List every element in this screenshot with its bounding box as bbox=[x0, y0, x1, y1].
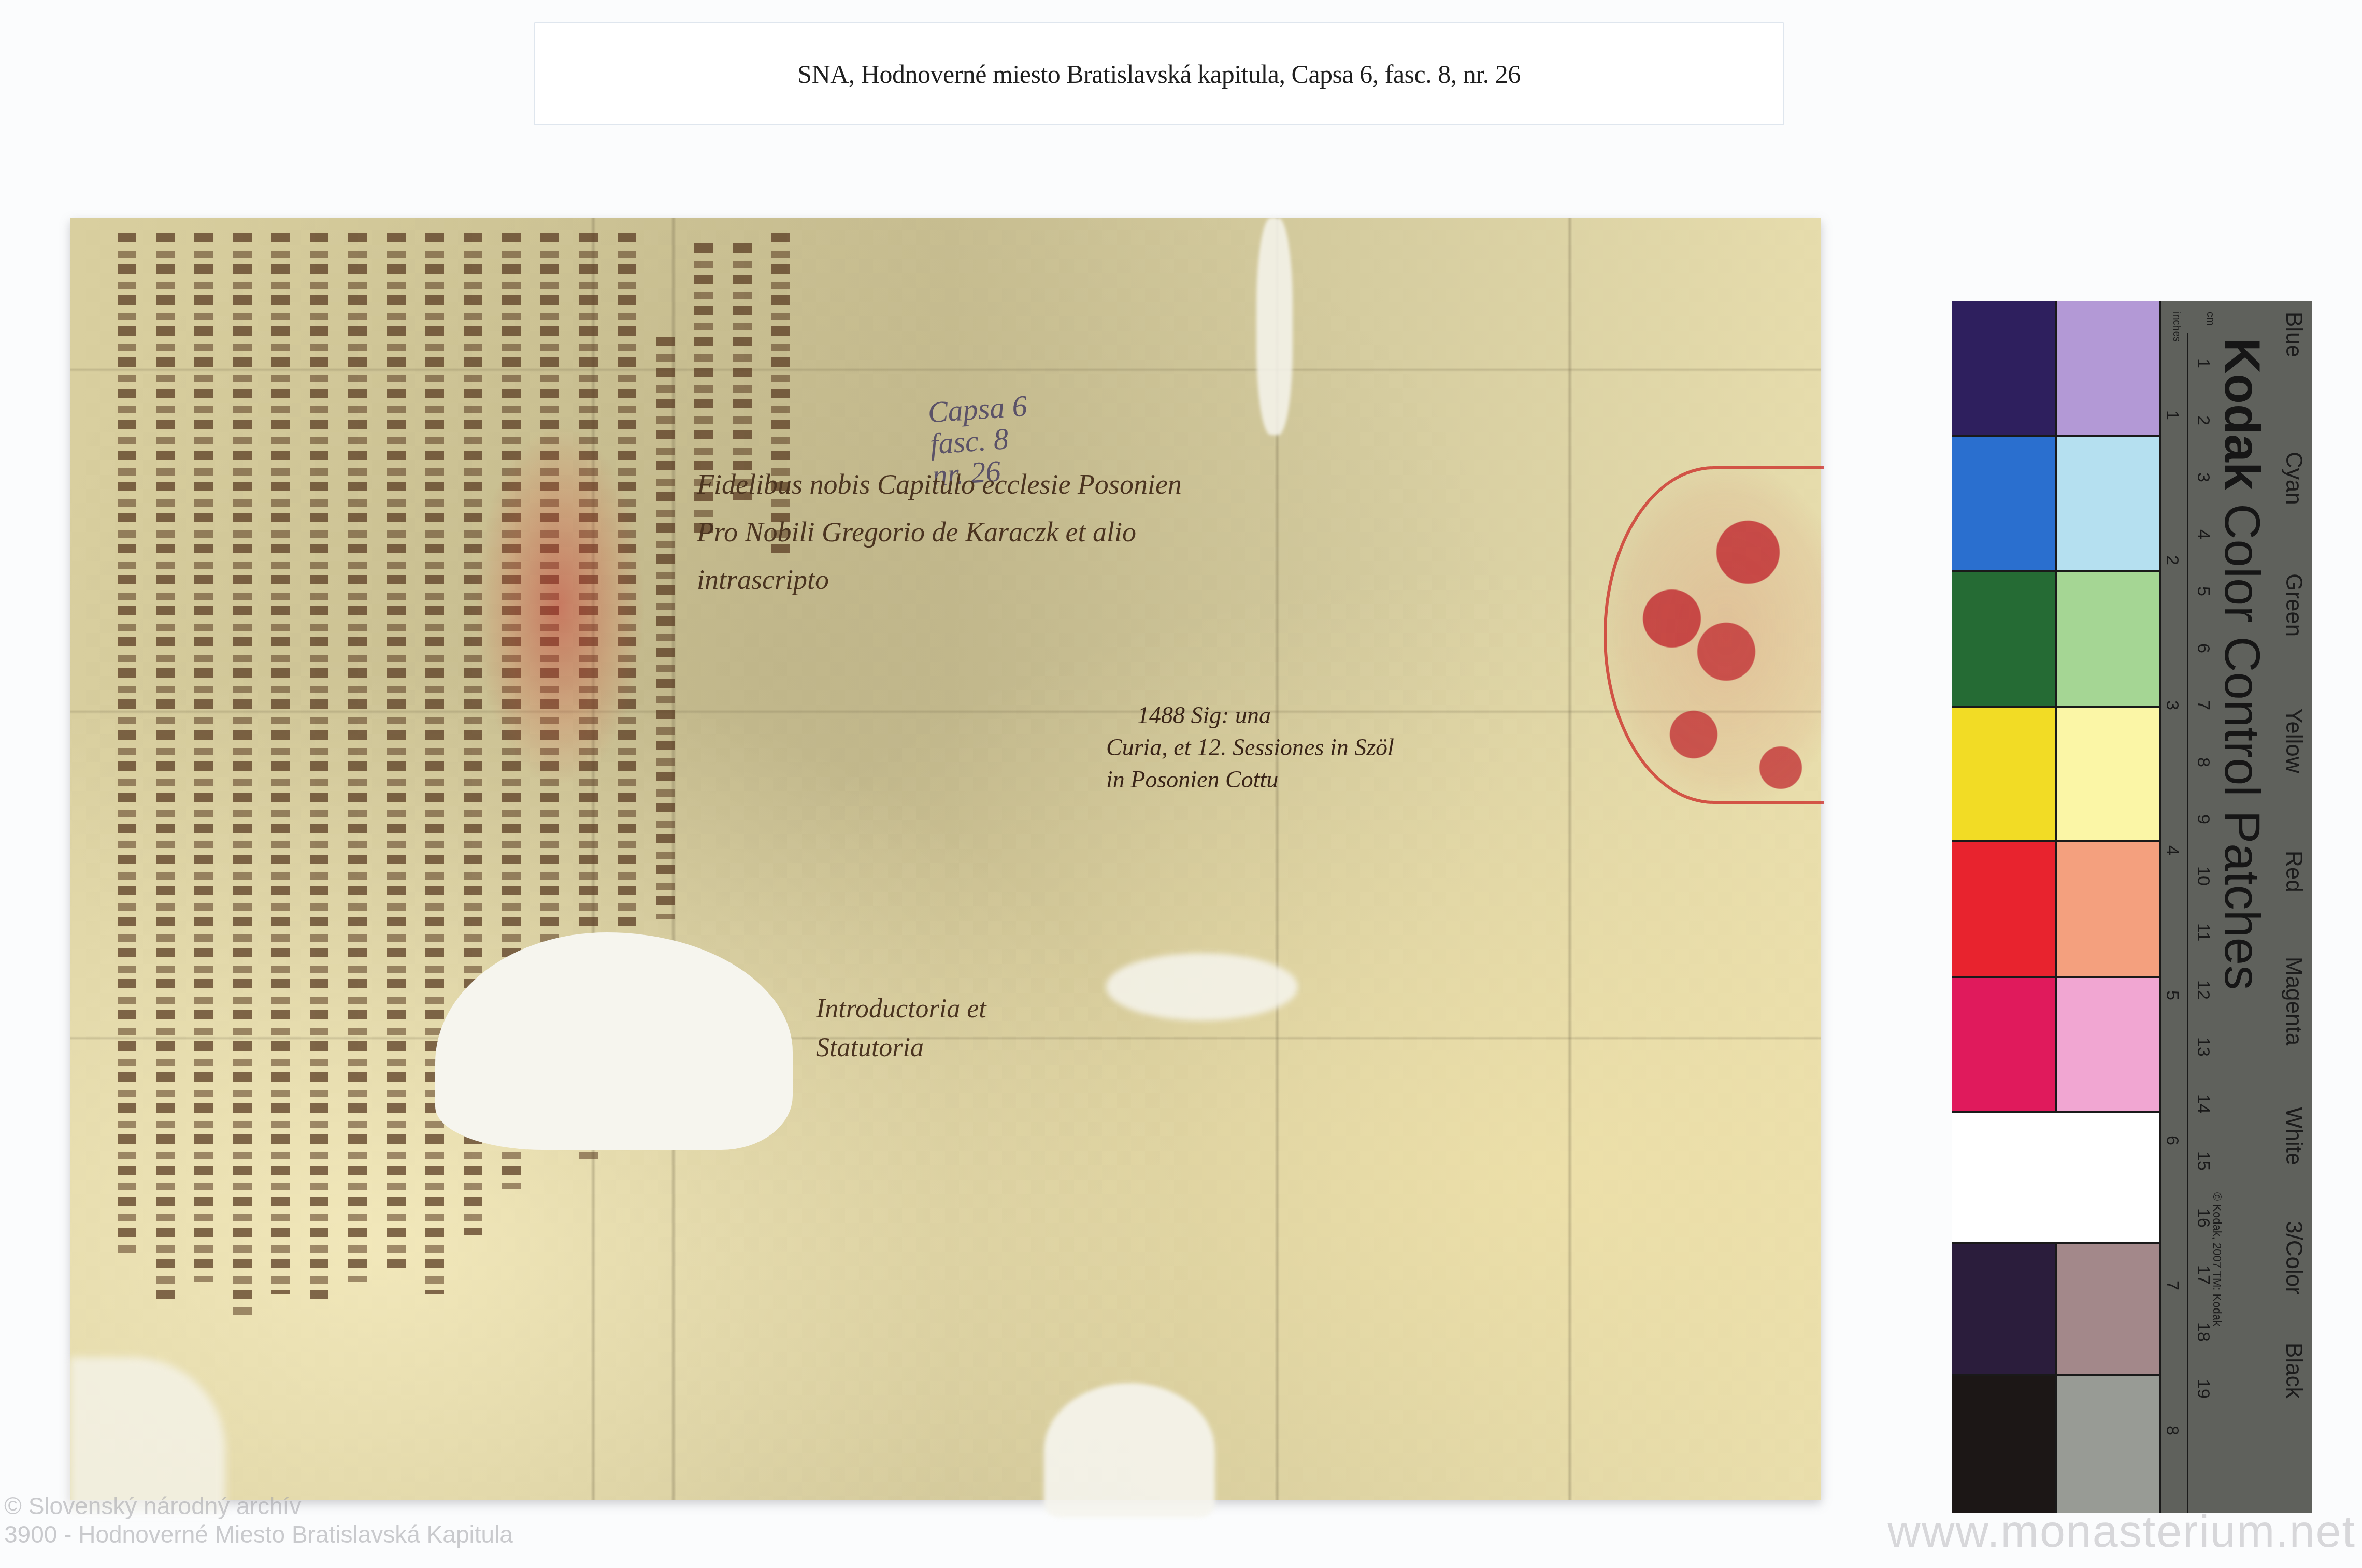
patch-3color-dark bbox=[1952, 1244, 2057, 1374]
patch-row-yellow bbox=[1952, 708, 2159, 842]
label-red: Red bbox=[2281, 851, 2307, 893]
document-type-note: Introductoria et Statutoria bbox=[816, 989, 986, 1068]
script-line bbox=[111, 233, 141, 1259]
script-line bbox=[150, 233, 180, 1305]
kodak-title: Kodak Color Control Patches bbox=[2213, 338, 2270, 990]
label-yellow: Yellow bbox=[2281, 708, 2307, 773]
script-line bbox=[227, 233, 257, 1317]
vertical-fold bbox=[1567, 218, 1572, 1500]
patch-row-3color bbox=[1952, 1244, 2159, 1376]
parchment-document: Capsa 6 fasc. 8 nr. 26 Fidelibus nobis C… bbox=[70, 218, 1821, 1500]
script-line bbox=[342, 233, 372, 1282]
label-cyan: Cyan bbox=[2281, 452, 2307, 505]
patch-red-dark bbox=[1952, 842, 2057, 976]
script-line bbox=[188, 233, 218, 1282]
damage-hole bbox=[1106, 953, 1298, 1020]
color-patches bbox=[1952, 301, 2161, 1513]
copyright-watermark: © Slovenský národný archív bbox=[4, 1492, 513, 1520]
patch-row-cyan bbox=[1952, 437, 2159, 572]
label-green: Green bbox=[2281, 573, 2307, 637]
script-line bbox=[650, 337, 680, 919]
patch-magenta-light bbox=[2057, 978, 2159, 1111]
patch-yellow-dark bbox=[1952, 708, 2057, 840]
ruler-ticks: 1 2 3 4 5 6 7 8 9 10 11 12 13 14 15 16 1… bbox=[2161, 333, 2213, 1513]
patch-green-light bbox=[2057, 572, 2159, 706]
label-blue: Blue bbox=[2281, 312, 2307, 357]
script-line bbox=[304, 233, 334, 1305]
script-line bbox=[419, 233, 449, 1294]
patch-row-green bbox=[1952, 572, 2159, 708]
label-white: White bbox=[2281, 1107, 2307, 1165]
address-note: Fidelibus nobis Capitulo ecclesie Posoni… bbox=[697, 461, 1182, 603]
patch-blue-light bbox=[2057, 301, 2159, 435]
label-3color: 3/Color bbox=[2281, 1221, 2307, 1294]
patch-row-red bbox=[1952, 842, 2159, 978]
archive-label-text: SNA, Hodnoverné miesto Bratislavská kapi… bbox=[797, 59, 1520, 89]
patch-gray bbox=[2057, 1376, 2159, 1513]
patch-cyan-dark bbox=[1952, 437, 2057, 570]
patch-yellow-light bbox=[2057, 708, 2159, 840]
ruler-rotated-content: Kodak Color Control Patches Blue Cyan Gr… bbox=[2161, 301, 2312, 1513]
red-wax-seal bbox=[1604, 466, 1824, 804]
label-magenta: Magenta bbox=[2281, 957, 2307, 1045]
patch-black bbox=[1952, 1376, 2057, 1513]
patch-red-light bbox=[2057, 842, 2159, 976]
patch-row-blue bbox=[1952, 301, 2159, 437]
patch-green-dark bbox=[1952, 572, 2057, 706]
main-text-columns bbox=[101, 233, 795, 1399]
script-line bbox=[381, 233, 411, 1271]
ruler-panel: Kodak Color Control Patches Blue Cyan Gr… bbox=[2161, 301, 2312, 1513]
label-black: Black bbox=[2281, 1343, 2307, 1399]
damage-hole bbox=[1044, 1383, 1215, 1518]
patch-magenta-dark bbox=[1952, 978, 2057, 1111]
script-line bbox=[265, 233, 295, 1294]
patch-3color-light bbox=[2057, 1244, 2159, 1374]
cm-unit-label: cm bbox=[2204, 312, 2216, 326]
patch-row-black bbox=[1952, 1376, 2159, 1513]
site-watermark: www.monasterium.net bbox=[1887, 1505, 2356, 1558]
patch-cyan-light bbox=[2057, 437, 2159, 570]
wax-seal-residue bbox=[474, 425, 645, 787]
date-note: 1488 Sig: una Curia, et 12. Sessiones in… bbox=[1106, 699, 1394, 796]
patch-row-magenta bbox=[1952, 978, 2159, 1113]
kodak-color-control-strip: Kodak Color Control Patches Blue Cyan Gr… bbox=[1952, 301, 2312, 1513]
damage-hole bbox=[1256, 218, 1293, 435]
patch-blue-dark bbox=[1952, 301, 2057, 435]
patch-white bbox=[1952, 1113, 2159, 1242]
collection-watermark: 3900 - Hodnoverné Miesto Bratislavská Ka… bbox=[4, 1520, 513, 1549]
archive-label: SNA, Hodnoverné miesto Bratislavská kapi… bbox=[534, 22, 1784, 125]
patch-row-white bbox=[1952, 1113, 2159, 1244]
kodak-logo: Kodak bbox=[2214, 338, 2270, 490]
archive-watermark: © Slovenský národný archív 3900 - Hodnov… bbox=[4, 1492, 513, 1549]
